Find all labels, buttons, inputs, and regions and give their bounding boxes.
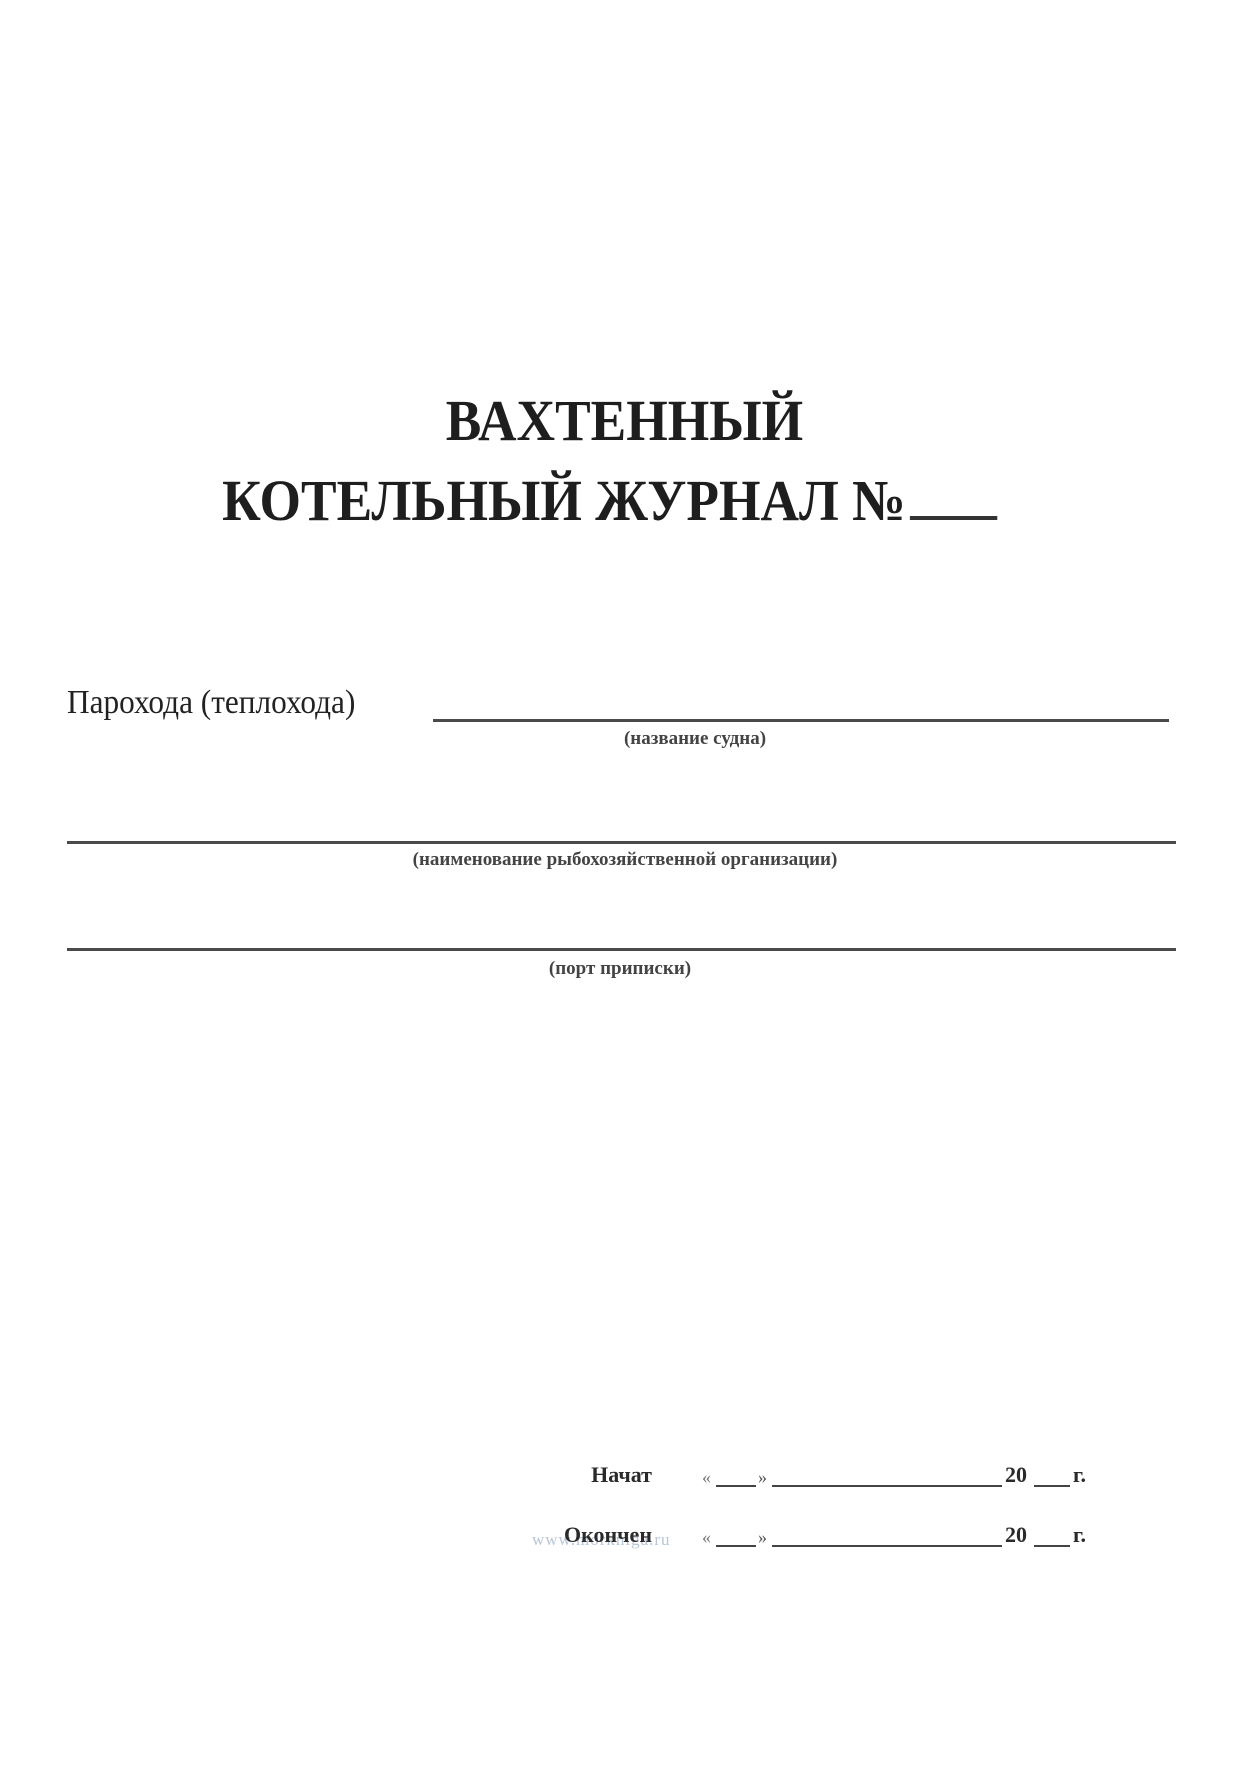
end-date-row: Окончен « » 20 г. <box>520 1522 1120 1554</box>
start-date-row: Начат « » 20 г. <box>520 1462 1120 1494</box>
quote-open: « <box>702 1527 711 1548</box>
start-year-blank[interactable] <box>1034 1485 1070 1487</box>
quote-open: « <box>702 1467 711 1488</box>
quote-close: » <box>758 1527 767 1548</box>
document-page: ВАХТЕННЫЙ КОТЕЛЬНЫЙ ЖУРНАЛ № Парохода (т… <box>0 0 1249 1779</box>
title-text: КОТЕЛЬНЫЙ ЖУРНАЛ № <box>222 468 906 533</box>
year-prefix: 20 <box>1005 1462 1027 1488</box>
year-suffix: г. <box>1073 1462 1086 1488</box>
ship-name-caption: (название судна) <box>580 728 810 750</box>
quote-close: » <box>758 1467 767 1488</box>
port-line[interactable] <box>67 948 1176 951</box>
port-caption: (порт приписки) <box>490 958 750 980</box>
title-line-1: ВАХТЕННЫЙ <box>50 392 1199 450</box>
start-month-blank[interactable] <box>772 1485 1002 1487</box>
start-label: Начат <box>591 1462 652 1488</box>
journal-number-blank[interactable] <box>909 514 996 520</box>
end-month-blank[interactable] <box>772 1545 1002 1547</box>
organization-caption: (наименование рыбохозяйственной организа… <box>300 849 950 871</box>
organization-line[interactable] <box>67 841 1176 844</box>
year-prefix: 20 <box>1005 1522 1027 1548</box>
end-year-blank[interactable] <box>1034 1545 1070 1547</box>
start-day-blank[interactable] <box>716 1485 756 1487</box>
year-suffix: г. <box>1073 1522 1086 1548</box>
title-line-2: КОТЕЛЬНЫЙ ЖУРНАЛ № <box>21 472 1198 530</box>
ship-name-line[interactable] <box>433 719 1169 722</box>
end-label: Окончен <box>564 1522 652 1548</box>
ship-label: Парохода (теплохода) <box>67 684 355 722</box>
end-day-blank[interactable] <box>716 1545 756 1547</box>
